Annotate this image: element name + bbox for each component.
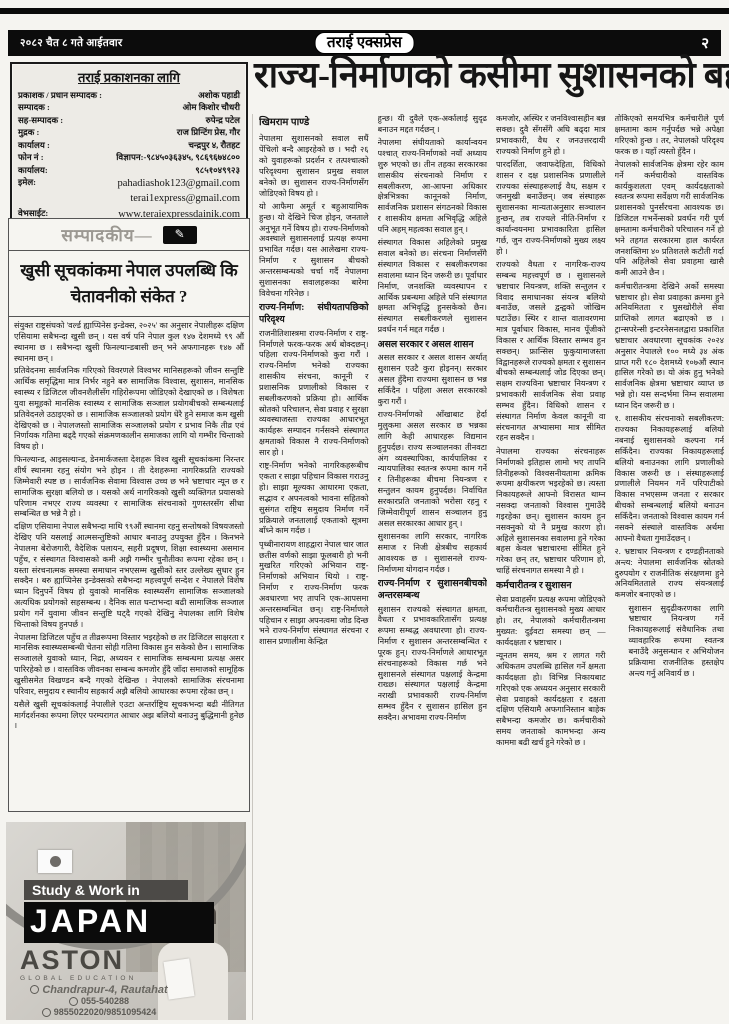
paragraph: हुन्छ। यी दुवैले एक-अर्कालाई सुदृढ बनाउन… <box>378 114 488 136</box>
publisher-row: प्रकाशक / प्रधान सम्पादक :अशोक पहाडी <box>18 89 240 101</box>
column-subheading: असल सरकार र असल शासन <box>378 340 488 352</box>
top-rule <box>0 8 729 14</box>
editorial-section-label: सम्पादकीय— <box>61 223 152 246</box>
editorial-header: सम्पादकीय— ✎ <box>9 219 249 251</box>
publisher-row: मुद्रक :राज प्रिन्टिंग प्रेस, गौर <box>18 126 240 138</box>
paragraph: असल सरकार र असल शासन अर्थात् सुशासन एउटै… <box>378 353 488 407</box>
paragraph: संयुक्त राष्ट्रसंघको 'वर्ल्ड ह्याप्पिनेस… <box>14 321 244 364</box>
paragraph: कमजोर, अस्थिर र जनविश्वासहीन बन्न सक्छ। … <box>496 114 606 157</box>
editorial-headline: खुसी सूचकांकमा नेपाल उपलब्धि कि चेतावनीक… <box>9 251 249 317</box>
paragraph: संस्थागत विकास अहिलेको प्रमुख सवाल बनेको… <box>378 238 488 336</box>
editorial-body: संयुक्त राष्ट्रसंघको 'वर्ल्ड ह्याप्पिनेस… <box>9 317 249 777</box>
paragraph: सुशासन राज्यको संस्थागत क्षमता, वैधता र … <box>378 605 488 724</box>
paragraph: यसैले खुसी सूचकांकलाई नेपालीले एउटा अन्त… <box>14 700 244 733</box>
masthead-bar: २०८२ चैत ८ गते आईतवार तराई एक्सप्रेस २ <box>8 30 721 56</box>
article-byline: खिमराम पाण्डे <box>259 116 369 129</box>
publisher-rows: प्रकाशक / प्रधान सम्पादक :अशोक पहाडीसम्प… <box>18 89 240 222</box>
paragraph: २. भ्रष्टाचार नियन्त्रण र दण्डहीनताको अन… <box>615 547 725 601</box>
publisher-row: फोन नं :विज्ञापन:-९८४५०३६३४५, ९८६९६७४८०० <box>18 151 240 163</box>
publisher-box-title: तराई प्रकाशनका लागि <box>18 68 240 86</box>
paragraph: नेपालमा राज्यका संरचनाहरू निर्माणको इतिह… <box>496 447 606 577</box>
paragraph: सुशासन सुदृढीकरणका लागि भ्रष्टाचार नियन्… <box>615 604 725 680</box>
publisher-row: इमेल:pahadiashok123@gmail.com <box>18 176 240 191</box>
paragraph: कर्मचारीतन्त्रमा देखिने अर्को समस्या भ्र… <box>615 282 725 412</box>
masthead-title: तराई एक्सप्रेस <box>314 32 415 54</box>
aston-logo: ASTON GLOBAL EDUCATION <box>20 947 137 982</box>
japan-ad: Study & Work in JAPAN ASTON GLOBAL EDUCA… <box>6 822 246 1020</box>
column-subheading: राज्य-निर्माण: संघीयतापछिको परिदृश्य <box>259 303 369 326</box>
pen-icon: ✎ <box>163 226 197 244</box>
paragraph: न्यूनतम समय, श्रम र लागत गरी अधिकतम उपलब… <box>496 651 606 749</box>
paragraph: नेपालमा संघीयताको कार्यान्वयन पश्चात् रा… <box>378 138 488 236</box>
paragraph: नेपालमा डिजिटल पहुँच त तीव्ररूपमा विस्ता… <box>14 633 244 698</box>
japan-flag-icon <box>38 850 72 873</box>
location-pin-icon <box>30 985 39 994</box>
paragraph: सेवा प्रवाहसँग प्रत्यक्ष रूपमा जोडिएको क… <box>496 595 606 649</box>
ad-subtitle-band: Study & Work in <box>24 880 188 900</box>
paragraph: दक्षिण एसियामा नेपाल सबैभन्दा माथि ९९औं … <box>14 522 244 630</box>
phone-icon <box>69 997 78 1006</box>
paragraph: नेपालमा सुशासनको सवाल सधैं पेंचिलो बन्दै… <box>259 134 369 199</box>
ad-mobile: 9855022020/9851095424 <box>14 1007 184 1018</box>
ad-address: Chandrapur-4, Rautahat <box>14 984 184 996</box>
publisher-row: कार्यालय :चन्द्रपुर ४, रौतहट <box>18 139 240 151</box>
masthead-date: २०८२ चैत ८ गते आईतवार <box>20 36 122 50</box>
column-subheading: राज्य-निर्माण र सुशासनबीचको अन्तरसम्बन्ध <box>378 579 488 602</box>
ad-phone: 055-540288 <box>14 996 184 1007</box>
publisher-box: तराई प्रकाशनका लागि प्रकाशक / प्रधान सम्… <box>10 62 248 228</box>
paragraph: यो आफैमा अमूर्त र बहुआयामिक हुन्छ। यो दे… <box>259 202 369 300</box>
paragraph: पृथ्बीनारायण शाहद्वारा नेपाल चार जात छती… <box>259 540 369 648</box>
paragraph: पारदर्शिता, जवाफदेहिता, विधिको शासन र दक… <box>496 160 606 258</box>
ad-contacts: Chandrapur-4, Rautahat 055-540288 985502… <box>14 984 184 1019</box>
paragraph: राज्यको वैधता र नागरिक-राज्य सम्बन्ध महत… <box>496 260 606 444</box>
article-column-3: कमजोर, अस्थिर र जनविश्वासहीन बन्न सक्छ। … <box>496 114 606 1020</box>
newspaper-page: २०८२ चैत ८ गते आईतवार तराई एक्सप्रेस २ त… <box>0 0 729 1024</box>
paragraph: राष्ट्र-निर्माण भनेको नागरिकहरूबीच एकता … <box>259 461 369 537</box>
paragraph: १. शासकीय संरचनाको सबलीकरण: राज्यका निका… <box>615 414 725 544</box>
publisher-row: सम्पादक :ओम किशोर चौधरी <box>18 101 240 113</box>
aston-brand-subtitle: GLOBAL EDUCATION <box>20 975 137 982</box>
paragraph: राज्य-निर्माणको आँखाबाट हेर्दा मुलुकमा अ… <box>378 410 488 529</box>
article-column-2: हुन्छ। यी दुवैले एक-अर्कालाई सुदृढ बनाउन… <box>378 114 488 1020</box>
editorial-box: सम्पादकीय— ✎ खुसी सूचकांकमा नेपाल उपलब्ध… <box>8 218 250 812</box>
aston-brand: ASTON <box>20 947 137 974</box>
column-subheading: कर्मचारीतन्त्र र सुशासन <box>496 581 606 593</box>
publisher-row: terai1express@gmail.com <box>18 191 240 206</box>
paragraph: नेपालको सार्वजनिक क्षेत्रमा रहेर काम गर्… <box>615 160 725 279</box>
masthead-page-number: २ <box>701 33 709 53</box>
paragraph: सुशासनका लागि सरकार, नागरिक समाज र निजी … <box>378 532 488 575</box>
publisher-row: कार्यालय:९८५१०४९९२३ <box>18 164 240 176</box>
article-headline: राज्य-निर्माणको कसीमा सुशासनको बहस <box>254 56 724 96</box>
article-columns: खिमराम पाण्डेनेपालमा सुशासनको सवाल सधैं … <box>252 114 724 1020</box>
paragraph: राजनीतिशास्त्रमा राज्य-निर्माण र राष्ट्र… <box>259 329 369 459</box>
article-column-4: तोकिएको समयभित्र कर्मचारीले पूर्ण क्षमता… <box>615 114 725 1020</box>
ad-title-band: JAPAN <box>24 902 214 943</box>
article-column-1: खिमराम पाण्डेनेपालमा सुशासनको सवाल सधैं … <box>259 114 369 1020</box>
publisher-row: सह-सम्पादक :रुपेन्द्र पटेल <box>18 114 240 126</box>
paragraph: तोकिएको समयभित्र कर्मचारीले पूर्ण क्षमता… <box>615 114 725 157</box>
paragraph: प्रतिवेदनमा सार्वजनिक गरिएको विवरणले विश… <box>14 366 244 453</box>
paragraph: फिनल्यान्ड, आइसल्यान्ड, डेनमार्कजस्ता दे… <box>14 455 244 520</box>
mobile-icon <box>42 1008 51 1017</box>
